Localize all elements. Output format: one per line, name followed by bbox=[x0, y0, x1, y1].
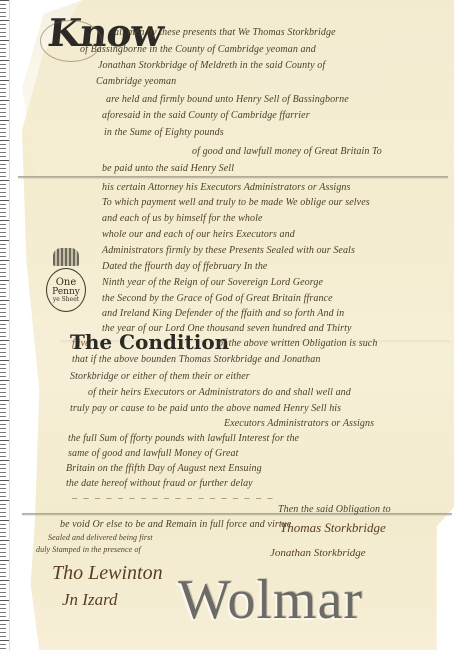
obligation-line: Ninth year of the Reign of our Sovereign… bbox=[102, 277, 323, 288]
paper-fold-line bbox=[18, 176, 448, 179]
party-signature: Thomas Storkbridge bbox=[280, 520, 386, 536]
obligation-line: whole our and each of our heirs Executor… bbox=[102, 229, 295, 240]
scale-ruler-major-ticks bbox=[0, 0, 9, 650]
obligation-line: of good and lawfull money of Great Brita… bbox=[192, 146, 382, 157]
stamp-seal: One Penny ye Sheet bbox=[46, 268, 86, 312]
obligation-line: are held and firmly bound unto Henry Sel… bbox=[106, 94, 349, 105]
obligation-line: all men by these presents that We Thomas… bbox=[114, 27, 336, 38]
party-signature: Jonathan Storkbridge bbox=[270, 547, 366, 559]
obligation-line: Administrators firmly by these Presents … bbox=[102, 245, 355, 256]
condition-line: Storkbridge or either of them their or e… bbox=[70, 371, 250, 382]
obligation-line: Jonathan Storkbridge of Meldreth in the … bbox=[98, 60, 325, 71]
condition-line: the full Sum of fforty pounds with lawfu… bbox=[68, 433, 299, 444]
condition-line: Executors Administrators or Assigns bbox=[224, 418, 374, 429]
obligation-line: be paid unto the said Henry Sell bbox=[102, 163, 234, 174]
obligation-line: his certain Attorney his Executors Admin… bbox=[102, 182, 351, 193]
attestation-line: Sealed and delivered being first bbox=[48, 533, 153, 542]
condition-line: be void Or else to be and Remain in full… bbox=[60, 519, 291, 530]
condition-line: truly pay or cause to be paid unto the a… bbox=[70, 403, 341, 414]
duty-stamp: One Penny ye Sheet bbox=[46, 248, 86, 318]
condition-line: of their heirs Executors or Administrato… bbox=[88, 387, 351, 398]
stamp-text: One bbox=[56, 278, 77, 288]
obligation-line: Cambridge yeoman bbox=[96, 76, 176, 87]
condition-line: Then the said Obligation to bbox=[278, 504, 391, 515]
stamp-text: ye Sheet bbox=[53, 297, 79, 303]
obligation-line: the Second by the Grace of God of Great … bbox=[102, 293, 333, 304]
condition-line: same of good and lawfull Money of Great bbox=[68, 448, 238, 459]
calligraphy-flourish bbox=[40, 20, 102, 62]
watermark: Wolmar bbox=[178, 568, 363, 632]
crown-icon bbox=[53, 248, 79, 266]
obligation-line: of Bassingborne in the County of Cambrid… bbox=[80, 44, 316, 55]
obligation-line: aforesaid in the said County of Cambridg… bbox=[102, 110, 310, 121]
condition-line: Britain on the ffifth Day of August next… bbox=[66, 463, 262, 474]
condition-line: that if the above bounden Thomas Storkbr… bbox=[72, 354, 320, 365]
condition-line: the date hereof without fraud or further… bbox=[66, 478, 253, 489]
obligation-line: and each of us by himself for the whole bbox=[102, 213, 263, 224]
filler-dashes: – – – – – – – – – – – – – – – – – – bbox=[72, 493, 275, 504]
condition-line: of the above written Obligation is such bbox=[218, 338, 377, 349]
heading-condition: The Condition bbox=[70, 330, 229, 354]
witness-signature: Tho Lewinton bbox=[52, 562, 163, 585]
obligation-line: and Ireland King Defender of the ffaith … bbox=[102, 308, 344, 319]
attestation-line: duly Stamped in the presence of bbox=[36, 545, 141, 554]
obligation-line: in the Sume of Eighty pounds bbox=[104, 127, 224, 138]
obligation-line: Dated the ffourth day of ffebruary In th… bbox=[102, 261, 267, 272]
witness-signature: Jn Izard bbox=[62, 590, 118, 610]
obligation-line: To which payment well and truly to be ma… bbox=[102, 197, 370, 208]
